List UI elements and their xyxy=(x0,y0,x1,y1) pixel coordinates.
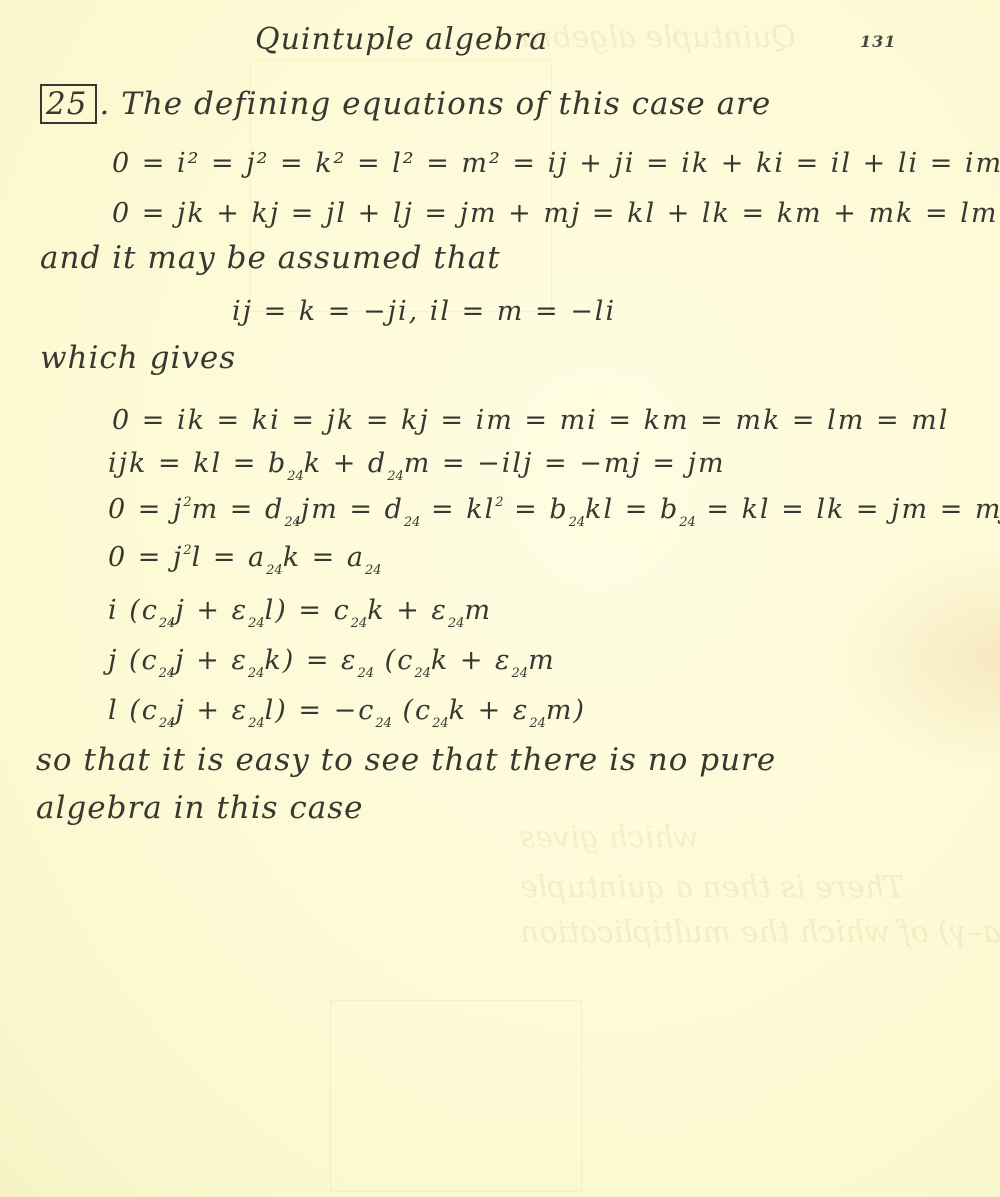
subscript: 24 xyxy=(351,616,368,631)
eq8-part: j + ε xyxy=(175,595,248,626)
which-gives-text: which gives xyxy=(40,340,236,376)
bleed-through-grid xyxy=(330,1000,582,1192)
intro-text: . The defining equations of this case ar… xyxy=(99,86,771,122)
eq7-part: l = a xyxy=(192,542,267,573)
eq9-part: j + ε xyxy=(175,645,248,676)
eq5-part: k + d xyxy=(304,448,387,479)
subscript: 24 xyxy=(529,716,546,731)
eq6-part: = b xyxy=(504,494,569,525)
equation-line-4: 0 = ik = ki = jk = kj = im = mi = km = m… xyxy=(112,405,949,436)
eq10-part: m) xyxy=(546,695,586,726)
assumption-text: and it may be assumed that xyxy=(40,240,501,276)
subscript: 24 xyxy=(432,716,449,731)
eq5-part: ijk = kl = b xyxy=(108,448,287,479)
equation-line-10: l (c24j + ε24l) = −c24 (c24k + ε24m) xyxy=(108,695,586,731)
subscript: 24 xyxy=(266,563,283,578)
eq8-part: l) = c xyxy=(265,595,351,626)
equation-line-3: ij = k = −ji, il = m = −li xyxy=(232,296,616,327)
subscript: 24 xyxy=(248,616,265,631)
manuscript-page: Quintuple algebra which gives There is t… xyxy=(0,0,1000,1197)
equation-line-1: 0 = i² = j² = k² = l² = m² = ij + ji = i… xyxy=(112,148,1000,179)
eq8-part: k + ε xyxy=(367,595,448,626)
eq9-part: j (c xyxy=(108,645,159,676)
subscript: 24 xyxy=(248,716,265,731)
superscript: 2 xyxy=(495,495,503,510)
subscript: 24 xyxy=(679,515,696,530)
subscript: 24 xyxy=(375,716,392,731)
eq10-part: k + ε xyxy=(449,695,530,726)
equation-line-8: i (c24j + ε24l) = c24k + ε24m xyxy=(108,595,492,631)
eq9-part: m xyxy=(528,645,556,676)
subscript: 24 xyxy=(404,515,421,530)
eq10-part: (c xyxy=(392,695,432,726)
bleed-through-text: Quintuple algebra xyxy=(520,20,796,55)
eq7-part: 0 = j xyxy=(108,542,183,573)
eq6-part: jm = d xyxy=(301,494,404,525)
conclusion-line-2: algebra in this case xyxy=(36,790,364,826)
subscript: 24 xyxy=(387,469,404,484)
equation-line-7: 0 = j2l = a24k = a24 xyxy=(108,542,382,578)
eq9-part: k) = ε xyxy=(264,645,357,676)
section-bracket-right: ​ xyxy=(91,84,97,124)
subscript: 24 xyxy=(512,666,529,681)
subscript: 24 xyxy=(159,666,176,681)
equation-line-2: 0 = jk + kj = jl + lj = jm + mj = kl + l… xyxy=(112,198,1000,229)
subscript: 24 xyxy=(358,666,375,681)
eq6-part: kl = b xyxy=(585,494,679,525)
equation-line-6: 0 = j2m = d24jm = d24 = kl2 = b24kl = b2… xyxy=(108,494,1000,530)
eq9-part: k + ε xyxy=(431,645,512,676)
equation-line-9: j (c24j + ε24k) = ε24 (c24k + ε24m xyxy=(108,645,556,681)
subscript: 24 xyxy=(414,666,431,681)
eq9-part: (c xyxy=(374,645,414,676)
subscript: 24 xyxy=(284,515,301,530)
superscript: 2 xyxy=(183,495,191,510)
subscript: 24 xyxy=(248,666,265,681)
eq5-part: m = −ilj = −mj = jm xyxy=(404,448,726,479)
eq10-part: l) = −c xyxy=(265,695,376,726)
eq8-part: m xyxy=(464,595,492,626)
bleed-through-text: with (a–γ) of which the multiplication xyxy=(520,915,1000,950)
eq10-part: j + ε xyxy=(175,695,248,726)
conclusion-line-1: so that it is easy to see that there is … xyxy=(36,742,776,778)
section-number: 25 xyxy=(46,86,87,122)
subscript: 24 xyxy=(569,515,586,530)
eq6-part: m = d xyxy=(192,494,285,525)
superscript: 2 xyxy=(183,543,191,558)
eq6-part: = kl = lk = jm = mj xyxy=(696,494,1000,525)
eq10-part: l (c xyxy=(108,695,159,726)
section-intro: 25​. The defining equations of this case… xyxy=(40,84,771,124)
subscript: 24 xyxy=(365,563,382,578)
subscript: 24 xyxy=(287,469,304,484)
bleed-through-text: There is then a quintuple xyxy=(520,870,904,905)
equation-line-5: ijk = kl = b24k + d24m = −ilj = −mj = jm xyxy=(108,448,726,484)
subscript: 24 xyxy=(159,616,176,631)
eq8-part: i (c xyxy=(108,595,159,626)
subscript: 24 xyxy=(448,616,465,631)
eq7-part: k = a xyxy=(283,542,365,573)
bleed-through-text: which gives xyxy=(520,820,699,855)
page-title: Quintuple algebra xyxy=(255,22,548,57)
subscript: 24 xyxy=(159,716,176,731)
page-number: 131 xyxy=(860,32,896,51)
section-bracket-left: 25 xyxy=(40,84,91,124)
eq6-part: 0 = j xyxy=(108,494,183,525)
eq6-part: = kl xyxy=(420,494,495,525)
